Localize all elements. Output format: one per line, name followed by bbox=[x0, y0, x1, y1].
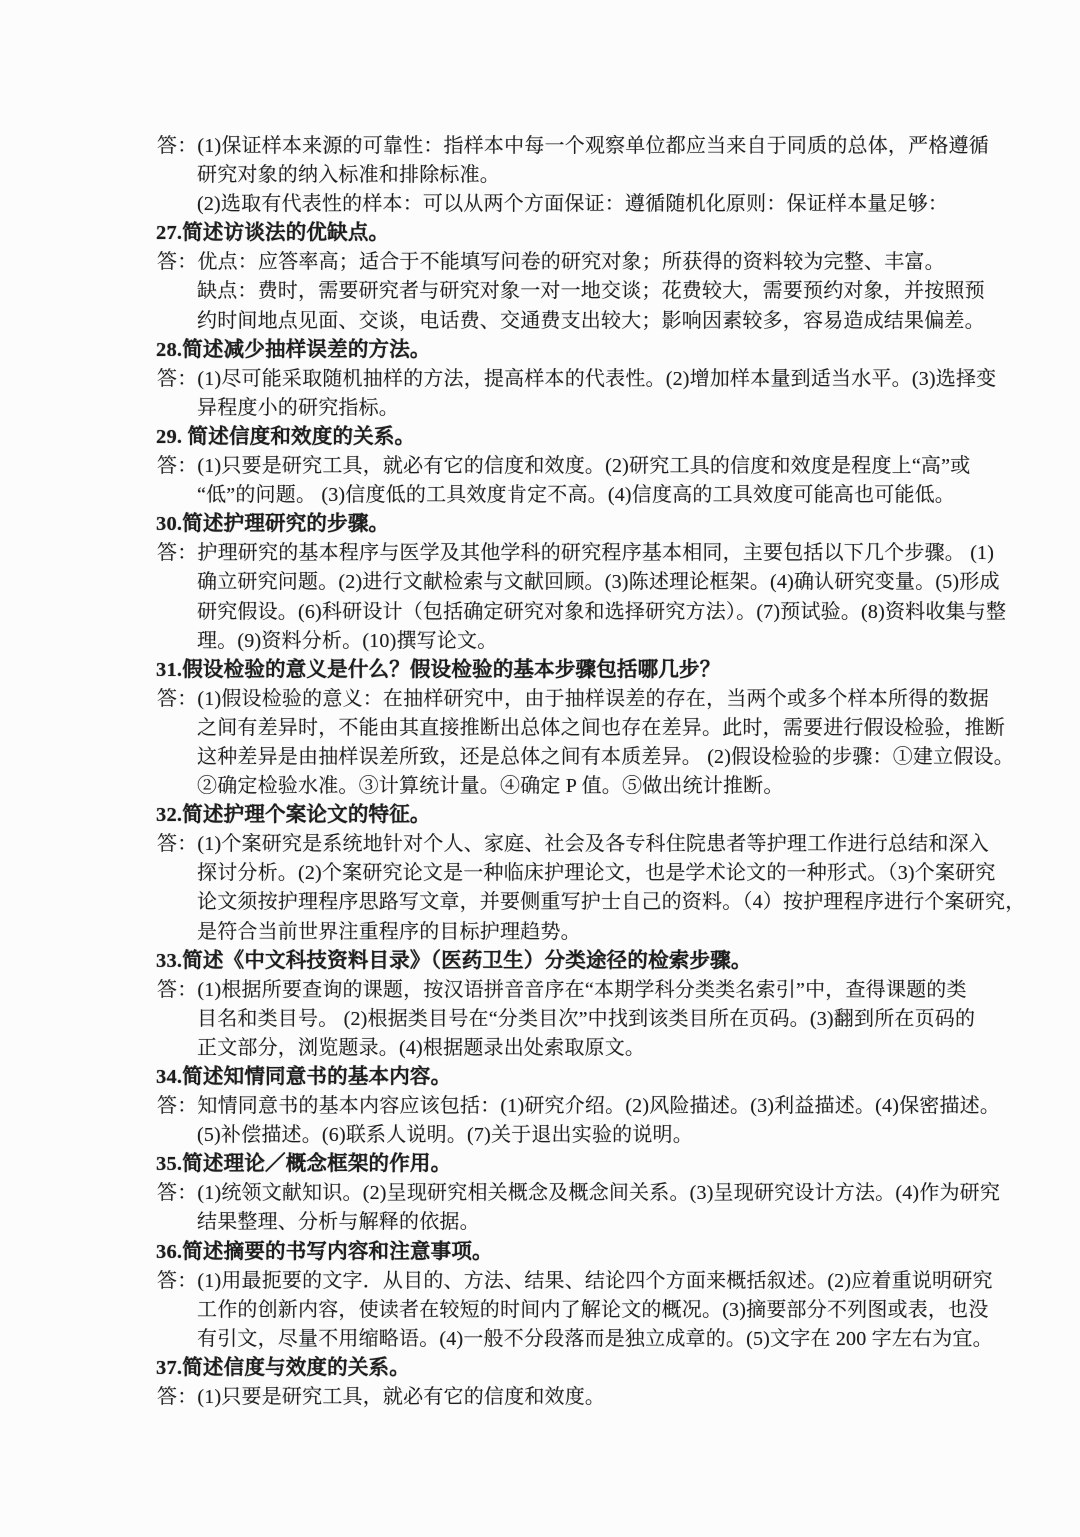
answer-line: 异程度小的研究指标。 bbox=[197, 394, 1080, 423]
question-heading: 31.假设检验的意义是什么？假设检验的基本步骤包括哪几步？ bbox=[156, 656, 1080, 685]
answer-line: 答：(1)假设检验的意义：在抽样研究中，由于抽样误差的存在，当两个或多个样本所得… bbox=[157, 685, 1080, 714]
answer-line: 研究对象的纳入标准和排除标准。 bbox=[197, 161, 1080, 190]
answer-line: (5)补偿描述。(6)联系人说明。(7)关于退出实验的说明。 bbox=[197, 1121, 1080, 1150]
answer-line: 结果整理、分析与解释的依据。 bbox=[197, 1208, 1080, 1237]
question-heading: 27.简述访谈法的优缺点。 bbox=[156, 219, 1080, 248]
question-heading: 28.简述减少抽样误差的方法。 bbox=[156, 336, 1080, 365]
question-heading: 30.简述护理研究的步骤。 bbox=[156, 510, 1080, 539]
answer-line: 有引文，尽量不用缩略语。(4)一般不分段落而是独立成章的。(5)文字在 200 … bbox=[197, 1325, 1080, 1354]
answer-line: 答：(1)只要是研究工具，就必有它的信度和效度。 bbox=[157, 1383, 1080, 1412]
answer-line: (2)选取有代表性的样本：可以从两个方面保证：遵循随机化原则：保证样本量足够： bbox=[197, 190, 1080, 219]
answer-line: 正文部分，浏览题录。(4)根据题录出处索取原文。 bbox=[197, 1034, 1080, 1063]
question-heading: 37.简述信度与效度的关系。 bbox=[156, 1354, 1080, 1383]
question-heading: 34.简述知情同意书的基本内容。 bbox=[156, 1063, 1080, 1092]
answer-line: 理。(9)资料分析。(10)撰写论文。 bbox=[197, 627, 1080, 656]
answer-line: 论文须按护理程序思路写文章，并要侧重写护士自己的资料。（4）按护理程序进行个案研… bbox=[197, 888, 1080, 917]
answer-line: 这种差异是由抽样误差所致，还是总体之间有本质差异。 (2)假设检验的步骤：①建立… bbox=[197, 743, 1080, 772]
answer-line: 是符合当前世界注重程序的目标护理趋势。 bbox=[197, 918, 1080, 947]
document-page: 答：(1)保证样本来源的可靠性：指样本中每一个观察单位都应当来自于同质的总体，严… bbox=[0, 0, 1080, 1537]
answer-line: 工作的创新内容，使读者在较短的时间内了解论文的概况。(3)摘要部分不列图或表，也… bbox=[197, 1296, 1080, 1325]
answer-line: 探讨分析。(2)个案研究论文是一种临床护理论文，也是学术论文的一种形式。（3)个… bbox=[197, 859, 1080, 888]
answer-line: 答：(1)用最扼要的文字．从目的、方法、结果、结论四个方面来概括叙述。(2)应着… bbox=[157, 1267, 1080, 1296]
answer-line: 答：(1)统领文献知识。(2)呈现研究相关概念及概念间关系。(3)呈现研究设计方… bbox=[157, 1179, 1080, 1208]
answer-line: 答：(1)个案研究是系统地针对个人、家庭、社会及各专科住院患者等护理工作进行总结… bbox=[157, 830, 1080, 859]
answer-line: 确立研究问题。(2)进行文献检索与文献回顾。(3)陈述理论框架。(4)确认研究变… bbox=[197, 568, 1080, 597]
answer-line: “低”的问题。 (3)信度低的工具效度肯定不高。(4)信度高的工具效度可能高也可… bbox=[197, 481, 1080, 510]
answer-line: 之间有差异时，不能由其直接推断出总体之间也存在差异。此时，需要进行假设检验，推断 bbox=[197, 714, 1080, 743]
answer-line: 答：(1)保证样本来源的可靠性：指样本中每一个观察单位都应当来自于同质的总体，严… bbox=[157, 132, 1080, 161]
answer-line: 答：(1)尽可能采取随机抽样的方法，提高样本的代表性。(2)增加样本量到适当水平… bbox=[157, 365, 1080, 394]
answer-line: 约时间地点见面、交谈，电话费、交通费支出较大；影响因素较多，容易造成结果偏差。 bbox=[197, 307, 1080, 336]
answer-line: 缺点：费时，需要研究者与研究对象一对一地交谈；花费较大，需要预约对象，并按照预 bbox=[197, 277, 1080, 306]
question-heading: 33.简述《中文科技资料目录》（医药卫生）分类途径的检索步骤。 bbox=[156, 947, 1080, 976]
question-heading: 35.简述理论／概念框架的作用。 bbox=[156, 1150, 1080, 1179]
answer-line: 答：(1)只要是研究工具，就必有它的信度和效度。(2)研究工具的信度和效度是程度… bbox=[157, 452, 1080, 481]
answer-line: 答：优点：应答率高；适合于不能填写问卷的研究对象；所获得的资料较为完整、丰富。 bbox=[157, 248, 1080, 277]
answer-line: 目名和类目号。 (2)根据类目号在“分类目次”中找到该类目所在页码。(3)翻到所… bbox=[197, 1005, 1080, 1034]
answer-line: 答：知情同意书的基本内容应该包括：(1)研究介绍。(2)风险描述。(3)利益描述… bbox=[157, 1092, 1080, 1121]
question-heading: 36.简述摘要的书写内容和注意事项。 bbox=[156, 1238, 1080, 1267]
answer-line: 答：(1)根据所要查询的课题，按汉语拼音音序在“本期学科分类类名索引”中，查得课… bbox=[157, 976, 1080, 1005]
question-heading: 32.简述护理个案论文的特征。 bbox=[156, 801, 1080, 830]
answer-line: 答：护理研究的基本程序与医学及其他学科的研究程序基本相同，主要包括以下几个步骤。… bbox=[157, 539, 1080, 568]
answer-line: ②确定检验水准。③计算统计量。④确定 P 值。⑤做出统计推断。 bbox=[197, 772, 1080, 801]
answer-line: 研究假设。(6)科研设计（包括确定研究对象和选择研究方法）。(7)预试验。(8)… bbox=[197, 598, 1080, 627]
question-heading: 29. 简述信度和效度的关系。 bbox=[156, 423, 1080, 452]
